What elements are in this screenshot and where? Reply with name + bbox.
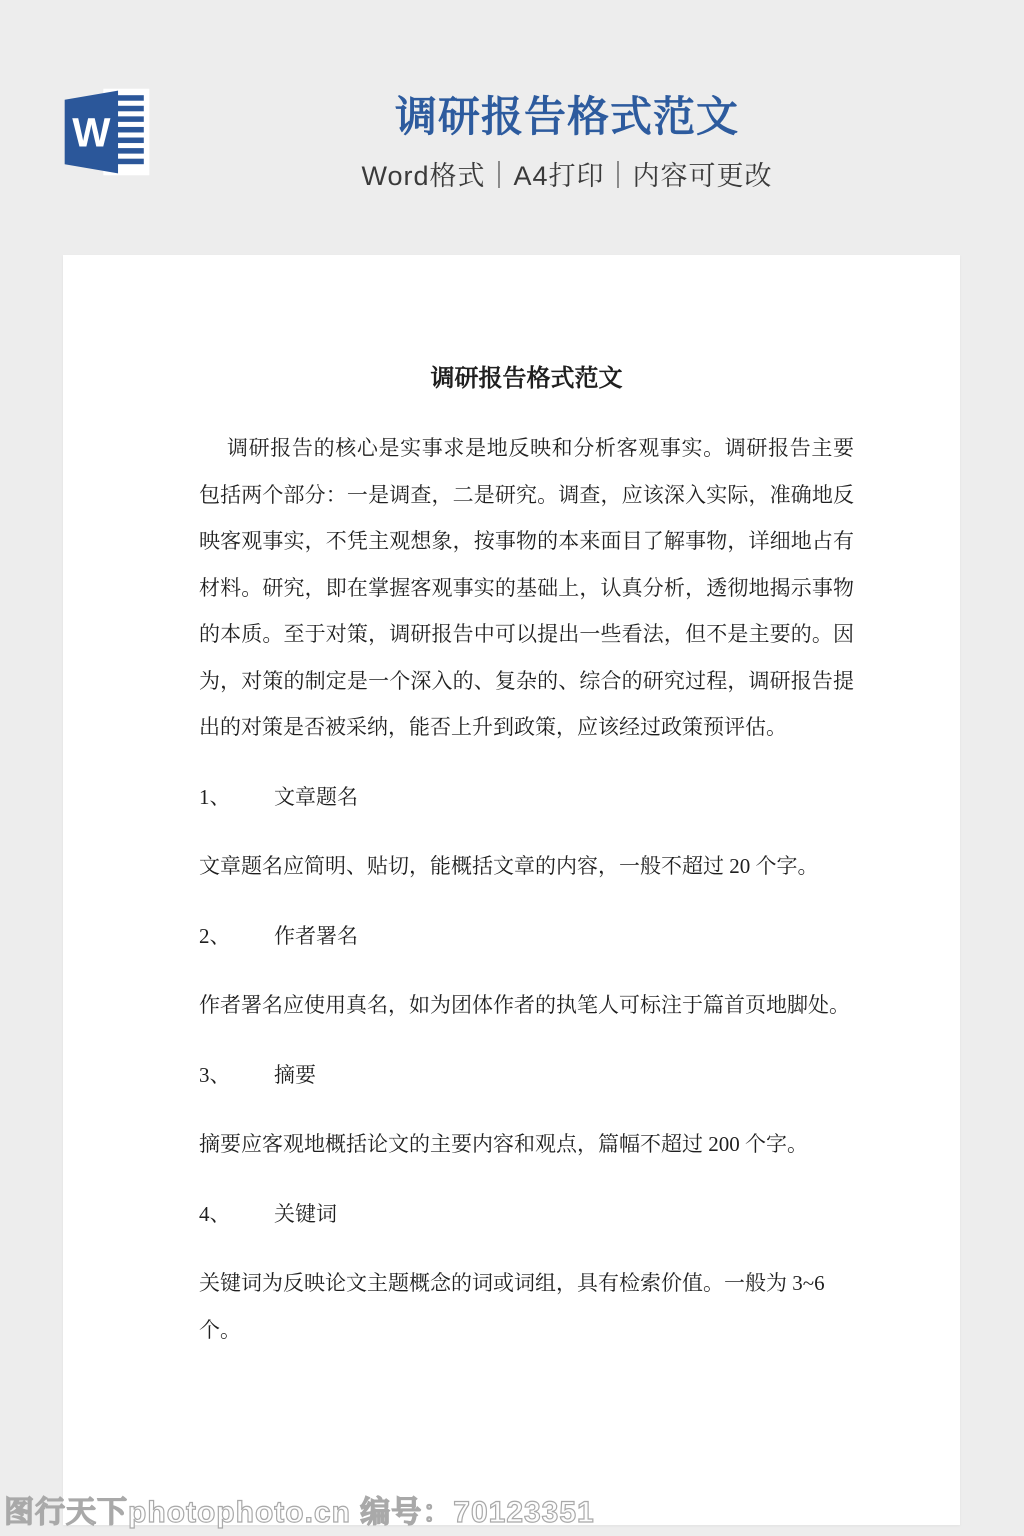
section-heading: 4、关键词: [199, 1191, 854, 1238]
section-title: 文章题名: [274, 785, 358, 809]
template-subtitle: Word格式｜A4打印｜内容可更改: [110, 154, 1024, 193]
section-number: 1、: [199, 774, 274, 821]
section-number: 4、: [199, 1191, 274, 1238]
paragraph: 关键词为反映论文主题概念的词或词组，具有检索价值。一般为 3~6 个。: [199, 1260, 854, 1353]
header-text-block: 调研报告格式范文 Word格式｜A4打印｜内容可更改: [110, 94, 1024, 193]
section-number: 2、: [199, 913, 274, 960]
section-title: 关键词: [274, 1202, 337, 1226]
paragraph: 调研报告的核心是实事求是地反映和分析客观事实。调研报告主要包括两个部分：一是调查…: [199, 425, 854, 751]
template-header: W 调研报告格式范文 Word格式｜A4打印｜内容可更改: [0, 0, 1024, 255]
section-number: 3、: [199, 1052, 274, 1099]
section-heading: 1、文章题名: [199, 774, 854, 821]
document-page-content: 调研报告格式范文 调研报告的核心是实事求是地反映和分析客观事实。调研报告主要包括…: [63, 255, 854, 1353]
template-title: 调研报告格式范文: [110, 94, 1024, 140]
document-title: 调研报告格式范文: [199, 359, 854, 399]
section-title: 作者署名: [274, 924, 358, 948]
word-icon-letter: W: [72, 110, 111, 156]
section-heading: 2、作者署名: [199, 913, 854, 960]
document-page: 调研报告格式范文 调研报告的核心是实事求是地反映和分析客观事实。调研报告主要包括…: [63, 255, 960, 1525]
paragraph: 作者署名应使用真名，如为团体作者的执笔人可标注于篇首页地脚处。: [199, 982, 854, 1029]
watermark-text: 图行天下photophoto.cn 编号：70123351: [4, 1487, 595, 1531]
document-body: 调研报告的核心是实事求是地反映和分析客观事实。调研报告主要包括两个部分：一是调查…: [199, 425, 854, 1353]
paragraph: 文章题名应简明、贴切，能概括文章的内容，一般不超过 20 个字。: [199, 843, 854, 890]
paragraph: 摘要应客观地概括论文的主要内容和观点，篇幅不超过 200 个字。: [199, 1121, 854, 1168]
section-heading: 3、摘要: [199, 1052, 854, 1099]
section-title: 摘要: [274, 1063, 316, 1087]
